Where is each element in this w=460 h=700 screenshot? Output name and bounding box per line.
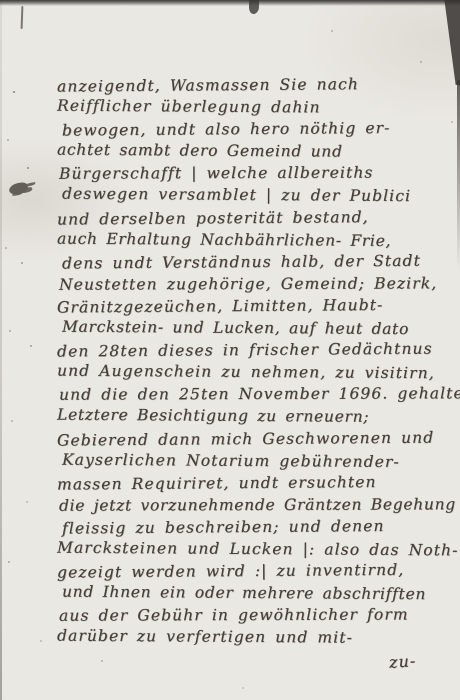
manuscript-line: Kayserlichen Notarium gebührender-	[62, 448, 453, 473]
top-edge-ink-speck	[249, 0, 259, 14]
catchword: zu-	[388, 651, 416, 672]
manuscript-line: Gränitzgezeüchen, Limitten, Haubt-	[57, 293, 453, 318]
manuscript-line: auch Erhaltung Nachbährlichen- Frie,	[57, 227, 453, 252]
manuscript-line: und Augenschein zu nehmen, zu visitirn,	[57, 360, 453, 385]
manuscript-line: und Ihnen ein oder mehrere abschrifften	[62, 581, 453, 606]
scan-edge-top	[0, 0, 460, 6]
manuscript-line: gezeigt werden wird :| zu inventirnd,	[57, 559, 453, 584]
manuscript-line: Marckstein- und Lucken, auf heut dato	[62, 316, 453, 341]
manuscript-line: und die den 25ten November 1696. gehalte…	[59, 383, 453, 406]
manuscript-text: anzeigendt, Wasmassen Sie nachReiffliche…	[57, 74, 453, 648]
manuscript-line: achtet sambt dero Gemeind und	[57, 139, 453, 164]
manuscript-line: Bürgerschafft | welche allbereiths	[59, 162, 453, 185]
manuscript-line: Marcksteinen und Lucken |: also das Noth…	[57, 537, 453, 562]
manuscript-line: aus der Gebühr in gewöhnlicher form	[59, 604, 453, 627]
manuscript-line: Neustetten zugehörige, Gemeind; Bezirk,	[59, 272, 453, 295]
manuscript-line: massen Requiriret, undt ersuchten	[57, 470, 453, 495]
manuscript-line: anzeigendt, Wasmassen Sie nach	[57, 72, 453, 97]
manuscript-line: dens undt Verständnus halb, der Stadt	[62, 249, 453, 274]
manuscript-line: Letztere Besichtigung zu erneuern;	[57, 404, 453, 429]
scan-edge-left	[0, 0, 2, 700]
left-margin-ink-blot	[8, 181, 29, 195]
pen-stroke-mark	[21, 6, 24, 29]
manuscript-line: Reifflicher überlegung dahin	[57, 95, 453, 120]
manuscript-line: den 28ten dieses in frischer Gedächtnus	[57, 338, 453, 363]
manuscript-line: die jetzt vorzunehmende Gräntzen Begehun…	[59, 493, 453, 516]
manuscript-line: Gebierend dann mich Geschworenen und	[57, 426, 453, 451]
manuscript-line: deswegen versamblet | zu der Publici	[62, 183, 453, 208]
manuscript-line: bewogen, undt also hero nöthig er-	[62, 117, 453, 142]
manuscript-line: darüber zu verfertigen und mit-	[57, 625, 453, 650]
manuscript-page: anzeigendt, Wasmassen Sie nachReiffliche…	[0, 0, 460, 700]
manuscript-line: fleissig zu beschreiben; und denen	[62, 514, 453, 539]
manuscript-line: und derselben posterität bestand,	[57, 205, 453, 230]
